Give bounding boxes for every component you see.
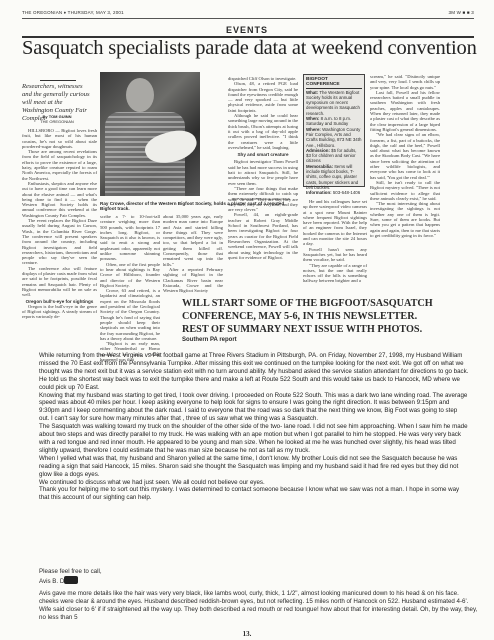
subhead: Shy and smart creature bbox=[228, 152, 298, 157]
section-label: EVENTS bbox=[0, 25, 494, 35]
info-label: Memorabilia: bbox=[306, 164, 333, 169]
signoff-name: Avis B. D bbox=[39, 578, 64, 585]
paragraph: Enthusiasts, skeptics and anyone else ou… bbox=[22, 181, 97, 218]
article-column-3: about 35,000 years ago, early modern man… bbox=[163, 214, 223, 293]
paragraph: Those are among recent revelations from … bbox=[22, 149, 97, 181]
headline: Sasquatch specialists parade data at wee… bbox=[22, 37, 482, 60]
article-column-1: HILLSBORO — Bigfoot loves fresh fruit, b… bbox=[22, 128, 97, 320]
article-column-6: scream," he said. "Distinctly unique and… bbox=[370, 74, 440, 238]
paragraph: Often, one of the first people to hear a… bbox=[100, 262, 160, 288]
letter-paragraph: Knowing that my husband was starting to … bbox=[39, 392, 469, 424]
sighting-letter: While returning from the West Virginia v… bbox=[39, 352, 469, 502]
letter-paragraph: Thank you for helping me to sort out thi… bbox=[39, 486, 469, 502]
paragraph: Olson, 48, a retired PGE load dispatcher… bbox=[228, 81, 298, 113]
photo-ray-crowe bbox=[100, 72, 200, 196]
paragraph: Still, he isn't ready to call the Bigfoo… bbox=[370, 180, 440, 201]
info-row-admission: Admission: $5 for adults, $3 for childre… bbox=[306, 148, 362, 164]
redaction-mark bbox=[64, 576, 78, 584]
paragraph: After a reported February sighting of Bi… bbox=[163, 267, 223, 293]
masthead: THE OREGONIAN ♦ THURSDAY, MAY 3, 2001 3M… bbox=[22, 10, 474, 19]
signoff: Please feel free to call, Avis B. D bbox=[39, 568, 239, 586]
paragraph: Powell hasn't seen any Sasquatches yet, … bbox=[303, 247, 367, 263]
info-label: Admission: bbox=[306, 148, 330, 153]
info-label: When: bbox=[306, 116, 319, 121]
paragraph: Bigfoot investigator Thom Powell said he… bbox=[228, 159, 298, 185]
info-row-information: Information: 503-648-1406 bbox=[306, 190, 362, 195]
editor-summary: Avis gave me more details like the hair … bbox=[39, 590, 479, 622]
paragraph: He and his colleagues have set up three … bbox=[303, 199, 367, 247]
info-row-memorabilia: Memorabilia: Items will include Bigfoot … bbox=[306, 164, 362, 190]
banner-line: WILL START SOME OF THE BIGFOOT/SASQUATCH bbox=[182, 297, 482, 310]
report-title: Southern PA report bbox=[182, 337, 237, 343]
signoff-name-row: Avis B. D bbox=[39, 576, 239, 586]
info-row-where: Where: Washington County Fair Complex, A… bbox=[306, 127, 362, 148]
paragraph: "We had clear signs of an elbow, forearm… bbox=[370, 132, 440, 180]
paragraph: HILLSBORO — Bigfoot loves fresh fruit, b… bbox=[22, 128, 97, 149]
letter-paragraph: The Sasquatch was walking toward my truc… bbox=[39, 423, 469, 455]
info-row-when: When: 8 a.m. to 8 p.m. Saturday and Sund… bbox=[306, 116, 362, 127]
paragraph: Although he said he could hear something… bbox=[228, 113, 298, 150]
paragraph: The event replaces the Bigfoot Daze usua… bbox=[22, 218, 97, 266]
paragraph: scribe a 7- to 10-foot-tall creature wei… bbox=[100, 214, 160, 262]
banner-line: CONFERENCE, MAY 5-6, IN THIS NEWSLETTER. bbox=[182, 310, 482, 323]
signoff-line: Please feel free to call, bbox=[39, 568, 239, 576]
paragraph: about 35,000 years ago, early modern man… bbox=[163, 214, 223, 267]
info-label: Information: bbox=[306, 190, 332, 195]
paragraph: Last fall, Powell and his fellow researc… bbox=[370, 90, 440, 132]
paragraph: scream," he said. "Distinctly unique and… bbox=[370, 74, 440, 90]
info-value: 503-648-1406 bbox=[333, 190, 360, 195]
info-row-what: What: The Western Bigfoot Society holds … bbox=[306, 90, 362, 116]
masthead-edition: 3M W ■ ■ 3 bbox=[449, 10, 474, 15]
byline: By TOM GUINN THE OREGONIAN bbox=[22, 115, 92, 124]
paragraph: "They are capable of a range of noises, … bbox=[303, 263, 367, 284]
banner-line: REST OF SUMMARY NEXT ISSUE WITH PHOTOS. bbox=[182, 323, 482, 336]
info-label: What: bbox=[306, 90, 318, 95]
info-box-title: BIGFOOT CONFERENCE bbox=[306, 77, 362, 89]
paragraph: Powell, 44, an eighth-grade teacher at R… bbox=[228, 212, 298, 260]
photo-face bbox=[126, 78, 154, 112]
paragraph: Oregon is the bull's-eye in the genre of… bbox=[22, 304, 97, 320]
byline-org: THE OREGONIAN bbox=[22, 120, 92, 125]
info-box: BIGFOOT CONFERENCE What: The Western Big… bbox=[303, 74, 365, 187]
newsletter-banner: WILL START SOME OF THE BIGFOOT/SASQUATCH… bbox=[182, 297, 482, 336]
paragraph: The conference also will feature display… bbox=[22, 266, 97, 298]
article-column-5: He and his colleagues have set up three … bbox=[303, 199, 367, 284]
deck-rule bbox=[40, 80, 76, 81]
article-column-2: scribe a 7- to 10-foot-tall creature wei… bbox=[100, 214, 160, 362]
paragraph: "There are four things that make them ex… bbox=[228, 186, 298, 212]
masthead-dateline: THE OREGONIAN ♦ THURSDAY, MAY 3, 2001 bbox=[22, 10, 124, 15]
paragraph: "The most interesting thing about invest… bbox=[370, 201, 440, 238]
paragraph: Crowe, 63 and retired, is a lapidarist a… bbox=[100, 288, 160, 341]
page-number: 13. bbox=[0, 630, 494, 638]
article-column-4: dispatched Cliff Olson to investigate. O… bbox=[228, 76, 298, 260]
letter-paragraph: When I yelled what was that, my husband … bbox=[39, 455, 469, 479]
letter-paragraph: We continued to discuss what we had just… bbox=[39, 479, 469, 487]
letter-paragraph: While returning from the West Virginia v… bbox=[39, 352, 469, 392]
info-label: Where: bbox=[306, 127, 321, 132]
